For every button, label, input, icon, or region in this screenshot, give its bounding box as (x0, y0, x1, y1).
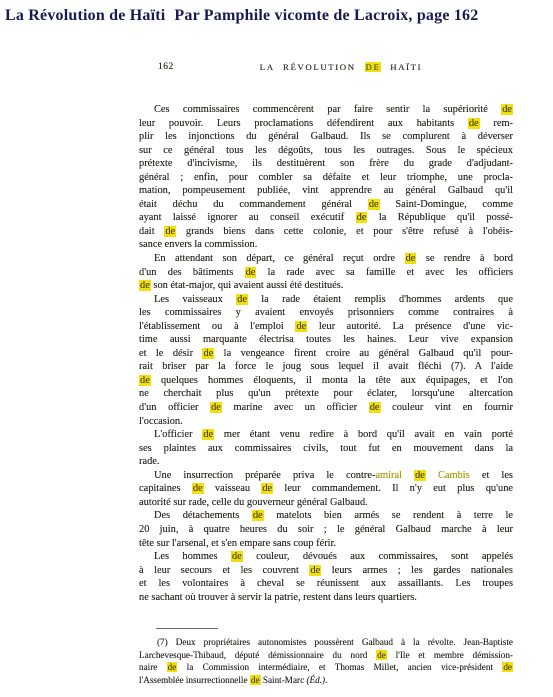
text-line: Des détachements de matelots bien armés … (139, 509, 513, 523)
text-line: autorité sur rade, celle du gouverneur g… (139, 496, 513, 510)
search-highlight: de (261, 483, 273, 494)
search-highlight: de (245, 267, 257, 278)
paragraph: Les hommes de couleur, dévoués aux commi… (139, 550, 513, 604)
search-highlight: de (502, 662, 513, 672)
page: La Révolution de HaïtiPar Pamphile vicom… (0, 0, 553, 697)
search-highlight: de (164, 226, 176, 237)
text-line: l'établissement ou à l'emploi de leur au… (139, 320, 513, 334)
search-highlight: DE (365, 62, 382, 72)
footnote-line: l'Assemblée insurrectionnelle de Saint-M… (139, 674, 513, 687)
search-highlight: de (202, 429, 214, 440)
text-line: ne sachant où trouver à servir la patrie… (139, 591, 513, 605)
footnote: (7) Deux propriétaires autonomistes pous… (139, 628, 513, 686)
text-line: ne cherchait plus qu'un prétexte pour éc… (139, 387, 513, 401)
text-line: ayant laissé ignorer au conseil exécutif… (139, 211, 513, 225)
footnote-rule (156, 628, 218, 629)
search-highlight: de (139, 375, 151, 386)
search-highlight: de (501, 104, 513, 115)
text-line: L'officier de mer étant venu redire à bo… (139, 428, 513, 442)
text-line: Les hommes de couleur, dévoués aux commi… (139, 550, 513, 564)
text-line: les commissaires y avaient envoyés priso… (139, 306, 513, 320)
search-highlight-word: amiral (375, 470, 402, 481)
search-highlight: de (139, 280, 151, 291)
text-line: rade. (139, 455, 513, 469)
search-highlight: de (405, 253, 417, 264)
text-line: sance envers la commission. (139, 238, 513, 252)
search-highlight: de (309, 565, 321, 576)
footnote-line: naire de la Commission intermédiaire, et… (139, 661, 513, 674)
text-line: et le désir de la vengeance firent croir… (139, 347, 513, 361)
search-highlight: de (368, 199, 380, 210)
search-highlight: de (414, 470, 426, 481)
footnote-line: Larchevesque-Thibaud, député démissionna… (139, 649, 513, 662)
scanned-page: 162 LA RÉVOLUTION DE HAÏTI Ces commissai… (139, 62, 513, 686)
search-highlight: de (250, 675, 261, 685)
footnote-line: (7) Deux propriétaires autonomistes pous… (139, 636, 513, 649)
scan-header: 162 LA RÉVOLUTION DE HAÏTI (139, 62, 513, 76)
text-line: capitaines de vaisseau de leur commandem… (139, 482, 513, 496)
scan-body: Ces commissaires commencèrent par faire … (139, 103, 513, 604)
paragraph: L'officier de mer étant venu redire à bo… (139, 428, 513, 469)
search-highlight: de (295, 321, 307, 332)
document-title-main: La Révolution de Haïti (5, 7, 165, 24)
text-line: était déchu du commandement général de S… (139, 198, 513, 212)
search-highlight: de (369, 402, 381, 413)
search-highlight: de (167, 662, 178, 672)
text-line: plir les injonctions du général Galbaud.… (139, 130, 513, 144)
search-highlight: de (192, 483, 204, 494)
paragraph: Ces commissaires commencèrent par faire … (139, 103, 513, 252)
text-line: d'un des bâtiments de la rade avec sa fa… (139, 266, 513, 280)
text-line: ses plaintes aux commissaires civils, to… (139, 442, 513, 456)
text-line: l'occasion. (139, 415, 513, 429)
text-line: mation, pompeusement publiée, vint appre… (139, 184, 513, 198)
paragraph: En attendant son départ, ce général reçu… (139, 252, 513, 293)
text-line: Les vaisseaux de la rade étaient remplis… (139, 293, 513, 307)
search-highlight-word: Cambis (438, 470, 470, 481)
text-line: et les volontaires à cheval se réunissen… (139, 577, 513, 591)
search-highlight: de (356, 212, 368, 223)
text-line: time aussi marquante électrisa toutes le… (139, 333, 513, 347)
text-line: En attendant son départ, ce général reçu… (139, 252, 513, 266)
text-line: général ; enfin, pour combler sa défaite… (139, 171, 513, 185)
search-highlight: de (202, 348, 214, 359)
search-highlight: de (210, 402, 222, 413)
text-line: d'un officier de marine avec un officier… (139, 401, 513, 415)
footnote-lines: (7) Deux propriétaires autonomistes pous… (139, 636, 513, 686)
text-line: dait de grands biens dans cette colonie,… (139, 225, 513, 239)
search-highlight: de (236, 294, 248, 305)
text-line: prétexte d'incivisme, ils destituèrent s… (139, 157, 513, 171)
text-line: Une insurrection préparée priva le contr… (139, 469, 513, 483)
text-line: leur pouvoir. Leurs proclamations défend… (139, 117, 513, 131)
text-line: à leur secours et les couvrent de leurs … (139, 564, 513, 578)
text-line: tête sur l'arsenal, et s'en empare sans … (139, 537, 513, 551)
paragraph: Des détachements de matelots bien armés … (139, 509, 513, 550)
text-line: Ces commissaires commencèrent par faire … (139, 103, 513, 117)
search-highlight: de (468, 118, 480, 129)
search-highlight: de (376, 650, 387, 660)
text-line: 20 juin, à quatre heures du soir ; le gé… (139, 523, 513, 537)
running-title: LA RÉVOLUTION DE HAÏTI (169, 62, 513, 72)
search-highlight: de (252, 510, 264, 521)
text-line: de quelques hommes éloquents, il monta l… (139, 374, 513, 388)
document-title: La Révolution de HaïtiPar Pamphile vicom… (5, 7, 478, 25)
text-line: de son état-major, qui avaient aussi été… (139, 279, 513, 293)
text-line: sur ce général tous les dégoûts, tous le… (139, 144, 513, 158)
text-line: rait briser par la force le joug sous le… (139, 360, 513, 374)
paragraph: Une insurrection préparée priva le contr… (139, 469, 513, 510)
paragraph: Les vaisseaux de la rade étaient remplis… (139, 293, 513, 428)
search-highlight: de (231, 551, 243, 562)
document-title-sub: Par Pamphile vicomte de Lacroix, page 16… (174, 7, 478, 24)
